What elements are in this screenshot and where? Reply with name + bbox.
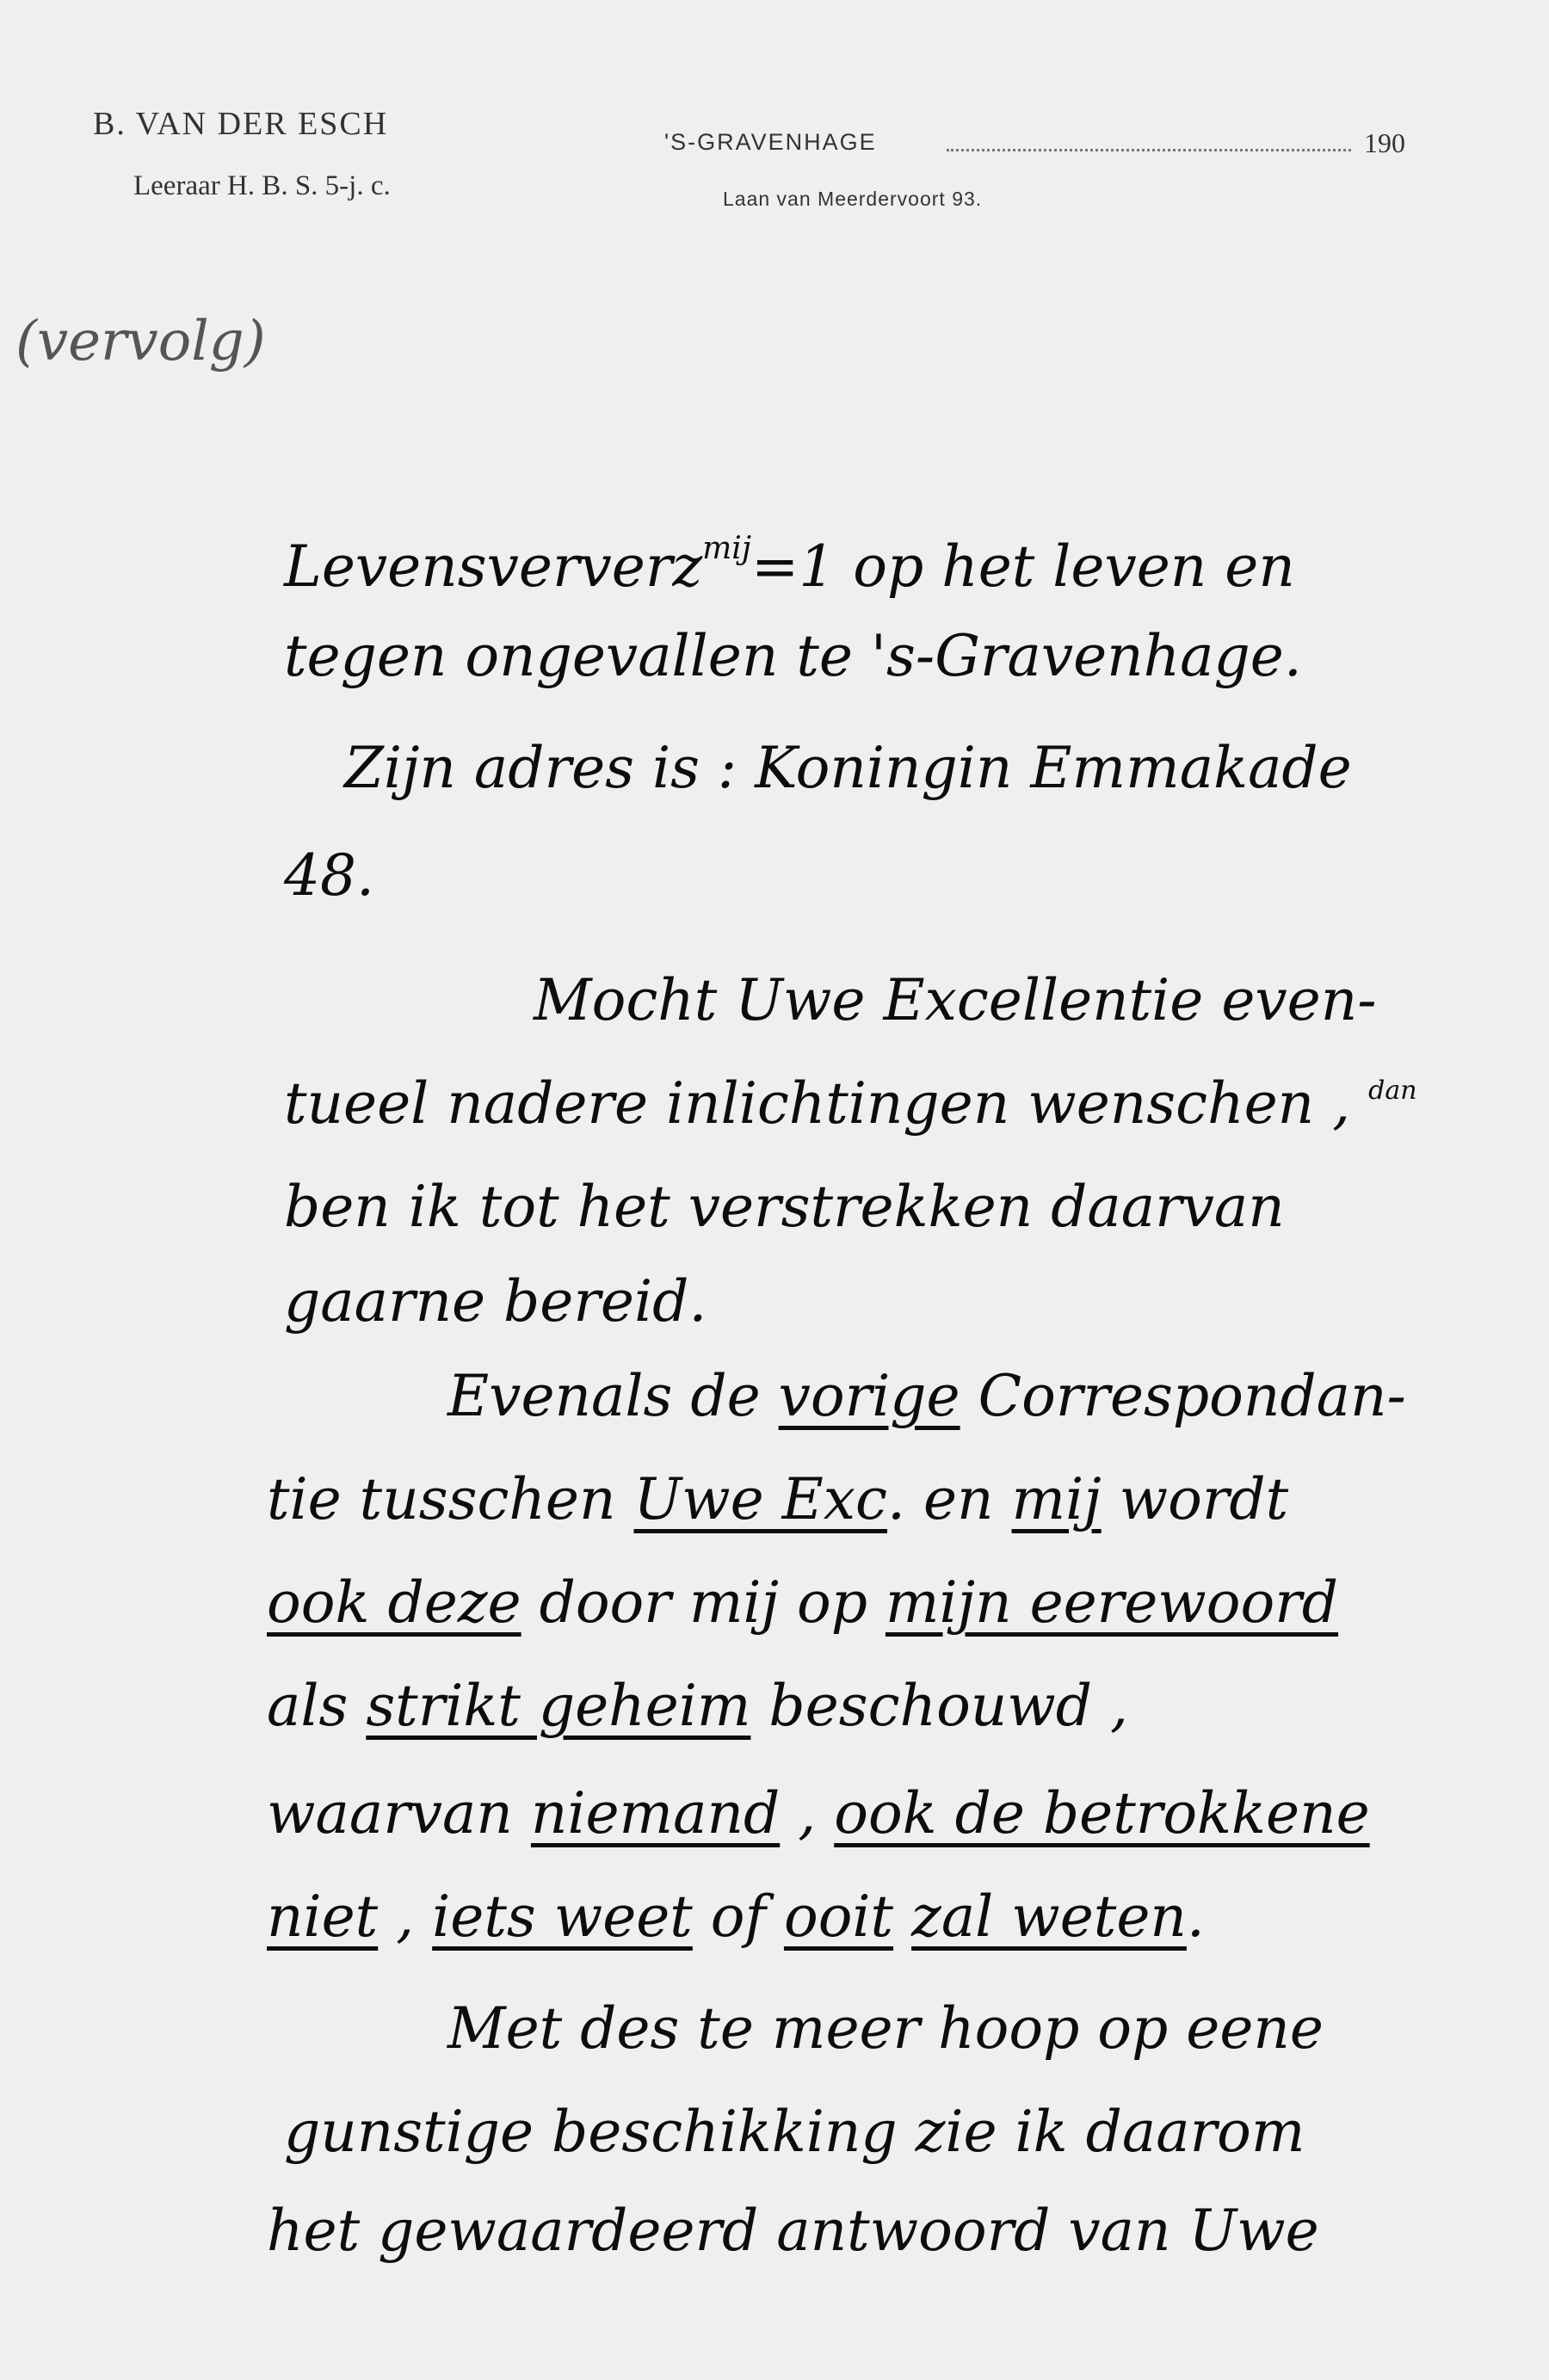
handwritten-line: 48. [284, 848, 374, 904]
text: Evenals de [447, 1363, 779, 1429]
superscript: mij [702, 531, 751, 566]
handwritten-line: het gewaardeerd antwoord van Uwe [267, 2203, 1319, 2260]
handwritten-line: Met des te meer hoop op eene [447, 2001, 1324, 2057]
text: ben ik tot het verstrekken daarvan [284, 1174, 1285, 1240]
handwritten-line: ben ik tot het verstrekken daarvan [284, 1179, 1285, 1236]
handwritten-line: ook deze door mij op mijn eerewoord [267, 1575, 1338, 1631]
underlined-text: niet [267, 1884, 378, 1950]
letterhead-city: 'S-GRAVENHAGE [664, 129, 877, 156]
handwritten-line: waarvan niemand , ook de betrokkene [267, 1785, 1370, 1842]
handwritten-line: Evenals de vorige Correspondan- [447, 1368, 1406, 1425]
text: het gewaardeerd antwoord van Uwe [267, 2198, 1319, 2264]
text: =1 op het leven en [751, 533, 1295, 600]
handwritten-line: tegen ongevallen te 's-Gravenhage. [284, 628, 1302, 685]
letterhead-title: Leeraar H. B. S. 5-j. c. [133, 170, 391, 202]
text: Met des te meer hoop op eene [447, 1995, 1324, 2062]
text: tegen ongevallen te 's-Gravenhage. [284, 623, 1302, 689]
underlined-text: niemand [531, 1780, 780, 1847]
underlined-text: strikt geheim [366, 1673, 750, 1739]
text: waarvan [267, 1780, 531, 1847]
letterhead-address: Laan van Meerdervoort 93. [723, 188, 982, 211]
handwritten-line: tie tusschen Uwe Exc. en mij wordt [267, 1471, 1288, 1528]
text: , [780, 1780, 834, 1847]
underlined-text: mijn eerewoord [886, 1569, 1338, 1636]
underlined-text: ook de betrokkene [834, 1780, 1369, 1847]
margin-note: (vervolg) [15, 310, 266, 373]
handwritten-line: gaarne bereid. [284, 1273, 707, 1330]
text: tie tusschen [267, 1466, 633, 1532]
text: Mocht Uwe Excellentie even- [534, 967, 1377, 1033]
text: , [378, 1884, 432, 1950]
text: door mij op [521, 1569, 886, 1636]
underlined-text: ook deze [267, 1569, 521, 1636]
letterhead-name: B. VAN DER ESCH [93, 105, 388, 143]
handwritten-line: gunstige beschikking zie ik daarom [284, 2104, 1305, 2161]
text [893, 1884, 911, 1950]
text: of [693, 1884, 784, 1950]
text: . en [887, 1466, 1012, 1532]
text: wordt [1102, 1466, 1289, 1532]
letterhead-year: 190 [1364, 127, 1405, 159]
text: beschouwd , [750, 1673, 1128, 1739]
text: als [267, 1673, 366, 1739]
text: . [1187, 1884, 1205, 1950]
handwritten-line: Mocht Uwe Excellentie even- [534, 972, 1377, 1029]
handwritten-line: tueel nadere inlichtingen wenschen , dan [284, 1076, 1417, 1132]
underlined-text: Uwe Exc [633, 1466, 887, 1532]
handwritten-line: Zijn adres is : Koningin Emmakade [344, 740, 1352, 797]
handwritten-line: als strikt geheim beschouwd , [267, 1678, 1128, 1735]
handwritten-line: niet , iets weet of ooit zal weten. [267, 1889, 1205, 1945]
text: tueel nadere inlichtingen wenschen , [284, 1070, 1350, 1137]
text: 48. [284, 842, 374, 909]
date-dotted-line [947, 149, 1351, 151]
underlined-text: iets weet [432, 1884, 693, 1950]
underlined-text: ooit [784, 1884, 893, 1950]
underlined-text: vorige [779, 1363, 960, 1429]
text: gunstige beschikking zie ik daarom [284, 2099, 1305, 2165]
text: gaarne bereid. [284, 1268, 707, 1335]
text: Correspondan- [960, 1363, 1406, 1429]
superscript: dan [1368, 1076, 1416, 1106]
underlined-text: zal weten [911, 1884, 1187, 1950]
text: Zijn adres is : Koningin Emmakade [344, 735, 1352, 801]
text: Levensververz [284, 533, 702, 600]
handwritten-line: Levensververzmij=1 op het leven en [284, 533, 1295, 595]
underlined-text: mij [1012, 1466, 1102, 1532]
